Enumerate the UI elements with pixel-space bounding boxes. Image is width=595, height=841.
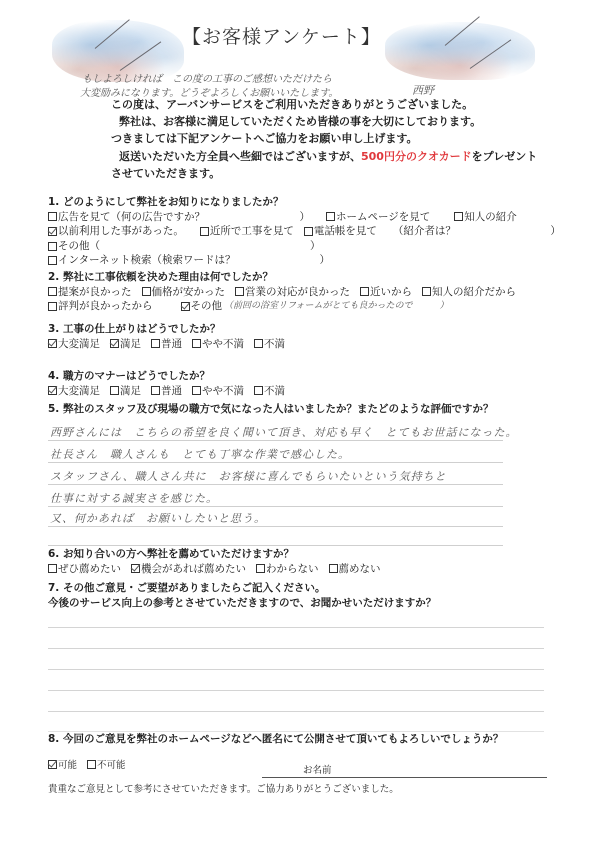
question-6: 6. お知り合いの方へ弊社を薦めていただけますか？ ぜひ薦めたい 機会があれば薦… bbox=[48, 547, 391, 576]
option-referral[interactable]: 知人の紹介だから bbox=[422, 285, 516, 300]
ruled-line bbox=[48, 484, 503, 485]
option-definitely-recommend[interactable]: ぜひ薦めたい bbox=[48, 562, 121, 577]
checkbox[interactable] bbox=[151, 339, 160, 348]
question-1-row2: 以前利用した事があった。 近所で工事を見て 電話帳を見て （紹介者は？ ） bbox=[48, 224, 561, 239]
option-recommend-if-opportunity[interactable]: 機会があれば薦めたい bbox=[131, 562, 246, 577]
option-reputation[interactable]: 評判が良かったから bbox=[48, 299, 153, 314]
question-3-title: 3. 工事の仕上がりはどうでしたか？ bbox=[48, 322, 295, 337]
option-nearby-construction[interactable]: 近所で工事を見て bbox=[200, 224, 294, 239]
option-nearby[interactable]: 近いから bbox=[360, 285, 412, 300]
option-dont-know[interactable]: わからない bbox=[256, 562, 319, 577]
question-6-options: ぜひ薦めたい 機会があれば薦めたい わからない 薦めない bbox=[48, 562, 391, 577]
name-field[interactable] bbox=[262, 762, 547, 778]
option-normal[interactable]: 普通 bbox=[151, 384, 182, 399]
question-3: 3. 工事の仕上がりはどうでしたか？ 大変満足 満足 普通 やや不満 不満 bbox=[48, 322, 295, 351]
question-4-options: 大変満足 満足 普通 やや不満 不満 bbox=[48, 384, 295, 399]
question-5-answer-line[interactable]: 又、何かあれば お願いしたいと思う。 bbox=[50, 510, 266, 526]
checkbox[interactable] bbox=[454, 212, 463, 221]
option-internet-search[interactable]: インターネット検索（検索ワードは？ ） bbox=[48, 253, 330, 268]
option-price[interactable]: 価格が安かった bbox=[142, 285, 226, 300]
checkbox-checked[interactable] bbox=[181, 302, 190, 311]
ruled-line bbox=[48, 526, 503, 527]
checkbox-checked[interactable] bbox=[48, 227, 57, 236]
question-5-title: 5. 弊社のスタッフ及び現場の職方で気になった人はいましたか？またどのような評価… bbox=[48, 402, 493, 417]
intro-line3: つきましては下記アンケートへご協力をお願い申し上げます。 bbox=[111, 130, 537, 147]
question-1-row1: 広告を見て（何の広告ですか？ ） ホームページを見て 知人の紹介 bbox=[48, 210, 561, 225]
option-very-satisfied[interactable]: 大変満足 bbox=[48, 337, 100, 352]
option-advertisement[interactable]: 広告を見て（何の広告ですか？ ） bbox=[48, 210, 310, 225]
option-acquaintance[interactable]: 知人の紹介 bbox=[454, 210, 517, 225]
other-reason-answer[interactable]: （前回の浴室リフォームがとても良かったので ） bbox=[224, 299, 449, 314]
checkbox-checked[interactable] bbox=[48, 386, 57, 395]
option-dissatisfied[interactable]: 不満 bbox=[254, 337, 285, 352]
question-5-answer-line[interactable]: スタッフさん、職人さん共に お客様に喜んでもらいたいという気持ちと bbox=[50, 468, 447, 484]
option-very-satisfied[interactable]: 大変満足 bbox=[48, 384, 100, 399]
checkbox[interactable] bbox=[254, 386, 263, 395]
ruled-line bbox=[48, 506, 503, 507]
intro-line4: 返送いただいた方全員へ些細ではございますが、500円分のクオカードをプレゼント bbox=[111, 148, 537, 165]
checkbox[interactable] bbox=[235, 287, 244, 296]
question-7: 7. その他ご意見・ご要望がありましたらご記入ください。 今後のサービス向上の参… bbox=[48, 581, 436, 610]
option-sales-response[interactable]: 営業の対応が良かった bbox=[235, 285, 350, 300]
checkbox[interactable] bbox=[256, 564, 265, 573]
intro-line2: 弊社は、お客様に満足していただくため皆様の事を大切にしております。 bbox=[111, 113, 537, 130]
question-5-answer-line[interactable]: 社長さん 職人さんも とても丁寧な作業で感心した。 bbox=[50, 446, 350, 462]
question-8-title: 8. 今回のご意見を弊社のホームページなどへ匿名にて公開させて頂いてもよろしいで… bbox=[48, 732, 503, 747]
survey-title: 【お客様アンケート】 bbox=[182, 22, 381, 49]
question-5-answer-line[interactable]: 西野さんには こちらの希望を良く聞いて頂き、対応も早く とてもお世話になった。 bbox=[50, 424, 518, 440]
ruled-line bbox=[48, 440, 503, 441]
checkbox[interactable] bbox=[360, 287, 369, 296]
checkbox[interactable] bbox=[329, 564, 338, 573]
checkbox[interactable] bbox=[326, 212, 335, 221]
checkbox[interactable] bbox=[48, 242, 57, 251]
checkbox[interactable] bbox=[48, 287, 57, 296]
checkbox-checked[interactable] bbox=[131, 564, 140, 573]
answer-line[interactable] bbox=[48, 711, 544, 712]
ruled-line bbox=[48, 545, 503, 546]
option-proposal[interactable]: 提案が良かった bbox=[48, 285, 132, 300]
question-6-title: 6. お知り合いの方へ弊社を薦めていただけますか？ bbox=[48, 547, 391, 562]
checkbox[interactable] bbox=[151, 386, 160, 395]
question-2-title: 2. 弊社に工事依頼を決めた理由は何でしたか？ bbox=[48, 270, 526, 285]
referrer-field[interactable]: （紹介者は？ ） bbox=[393, 224, 561, 239]
question-5-answer-line[interactable]: 仕事に対する誠実さを感じた。 bbox=[50, 490, 218, 506]
checkbox[interactable] bbox=[87, 760, 96, 769]
answer-line[interactable] bbox=[48, 669, 544, 670]
question-2-row1: 提案が良かった 価格が安かった 営業の対応が良かった 近いから 知人の紹介だから bbox=[48, 285, 526, 300]
ruled-line bbox=[48, 462, 503, 463]
question-8-options: 可能 不可能 bbox=[48, 757, 136, 771]
option-allowed[interactable]: 可能 bbox=[48, 757, 77, 771]
quo-card-highlight: 500円分のクオカード bbox=[361, 150, 472, 163]
question-1-row4: インターネット検索（検索ワードは？ ） bbox=[48, 253, 561, 268]
option-not-recommend[interactable]: 薦めない bbox=[329, 562, 381, 577]
checkbox[interactable] bbox=[422, 287, 431, 296]
intro-line5: させていただきます。 bbox=[111, 165, 537, 182]
question-4: 4. 職方のマナーはどうでしたか？ 大変満足 満足 普通 やや不満 不満 bbox=[48, 369, 295, 398]
question-1: 1. どのようにして弊社をお知りになりましたか？ 広告を見て（何の広告ですか？ … bbox=[48, 195, 561, 268]
checkbox[interactable] bbox=[142, 287, 151, 296]
intro-text: この度は、アーバンサービスをご利用いただきありがとうございました。 弊社は、お客… bbox=[111, 96, 537, 182]
option-previous-use[interactable]: 以前利用した事があった。 bbox=[48, 224, 184, 239]
option-other[interactable]: その他 bbox=[181, 299, 223, 314]
question-3-options: 大変満足 満足 普通 やや不満 不満 bbox=[48, 337, 295, 352]
checkbox[interactable] bbox=[110, 386, 119, 395]
question-2: 2. 弊社に工事依頼を決めた理由は何でしたか？ 提案が良かった 価格が安かった … bbox=[48, 270, 526, 314]
option-somewhat-dissatisfied[interactable]: やや不満 bbox=[192, 337, 244, 352]
answer-line[interactable] bbox=[48, 627, 544, 628]
checkbox[interactable] bbox=[304, 227, 313, 236]
checkbox-checked[interactable] bbox=[48, 760, 57, 769]
footer-text: 貴重なご意見として参考にさせていただきます。ご協力ありがとうございました。 bbox=[48, 781, 399, 795]
checkbox[interactable] bbox=[254, 339, 263, 348]
checkbox[interactable] bbox=[48, 256, 57, 265]
option-dissatisfied[interactable]: 不満 bbox=[254, 384, 285, 399]
option-satisfied[interactable]: 満足 bbox=[110, 384, 141, 399]
checkbox-checked[interactable] bbox=[48, 339, 57, 348]
checkbox[interactable] bbox=[48, 564, 57, 573]
intro-line1: この度は、アーバンサービスをご利用いただきありがとうございました。 bbox=[111, 96, 537, 113]
question-1-row3: その他（ ） bbox=[48, 239, 561, 254]
option-homepage[interactable]: ホームページを見て bbox=[326, 210, 430, 225]
checkbox[interactable] bbox=[48, 302, 57, 311]
question-7-subtitle: 今後のサービス向上の参考とさせていただきますので、お聞かせいただけますか？ bbox=[48, 596, 436, 611]
checkbox[interactable] bbox=[48, 212, 57, 221]
option-somewhat-dissatisfied[interactable]: やや不満 bbox=[192, 384, 244, 399]
answer-line[interactable] bbox=[48, 648, 544, 649]
option-not-allowed[interactable]: 不可能 bbox=[87, 757, 126, 771]
option-satisfied[interactable]: 満足 bbox=[110, 337, 141, 352]
checkbox[interactable] bbox=[200, 227, 209, 236]
checkbox-checked[interactable] bbox=[110, 339, 119, 348]
handwritten-note-line1: もしよろしければ この度の工事のご感想いただけたら bbox=[82, 70, 332, 85]
option-normal[interactable]: 普通 bbox=[151, 337, 182, 352]
question-1-title: 1. どのようにして弊社をお知りになりましたか？ bbox=[48, 195, 561, 210]
option-other[interactable]: その他（ ） bbox=[48, 239, 321, 254]
question-4-title: 4. 職方のマナーはどうでしたか？ bbox=[48, 369, 295, 384]
question-7-title: 7. その他ご意見・ご要望がありましたらご記入ください。 bbox=[48, 581, 436, 596]
checkbox[interactable] bbox=[192, 386, 201, 395]
option-phonebook[interactable]: 電話帳を見て bbox=[304, 224, 377, 239]
checkbox[interactable] bbox=[192, 339, 201, 348]
answer-line[interactable] bbox=[48, 690, 544, 691]
question-2-row2: 評判が良かったから その他 （前回の浴室リフォームがとても良かったので ） bbox=[48, 299, 526, 314]
